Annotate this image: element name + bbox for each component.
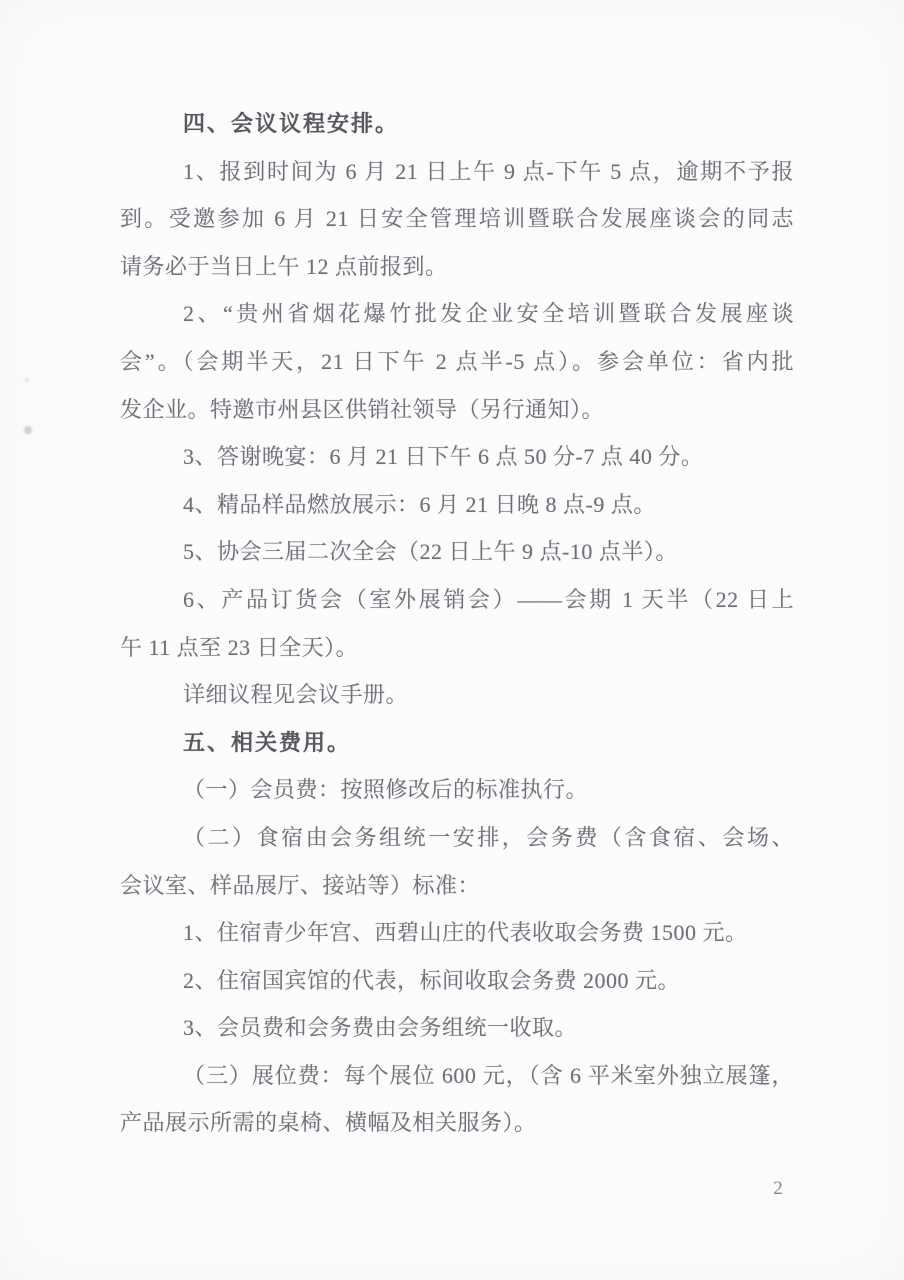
heading-line: 五、相关费用。 [120, 719, 794, 767]
text-line: 到。受邀参加 6 月 21 日安全管理培训暨联合发展座谈会的同志 [120, 195, 794, 243]
heading-line: 四、会议议程安排。 [120, 100, 794, 148]
text-line: 3、答谢晚宴：6 月 21 日下午 6 点 50 分-7 点 40 分。 [120, 433, 794, 481]
text-block: 四、会议议程安排。1、报到时间为 6 月 21 日上午 9 点-下午 5 点，逾… [120, 100, 794, 1147]
text-line: 午 11 点至 23 日全天）。 [120, 624, 794, 672]
text-line: 发企业。特邀市州县区供销社领导（另行通知）。 [120, 386, 794, 434]
text-line: 会”。（会期半天，21 日下午 2 点半-5 点）。参会单位：省内批 [120, 338, 794, 386]
text-line: 4、精品样品燃放展示：6 月 21 日晚 8 点-9 点。 [120, 481, 794, 529]
text-line: （一）会员费：按照修改后的标准执行。 [120, 766, 794, 814]
page-number: 2 [766, 1178, 790, 1200]
text-line: 1、报到时间为 6 月 21 日上午 9 点-下午 5 点，逾期不予报 [120, 148, 794, 196]
scan-speck [25, 378, 29, 382]
text-line: 2、“贵州省烟花爆竹批发企业安全培训暨联合发展座谈 [120, 290, 794, 338]
text-line: 5、协会三届二次全会（22 日上午 9 点-10 点半）。 [120, 528, 794, 576]
text-line: 产品展示所需的桌椅、横幅及相关服务）。 [120, 1099, 794, 1147]
text-line: （三）展位费：每个展位 600 元，（含 6 平米室外独立展篷， [120, 1052, 794, 1100]
text-line: 请务必于当日上午 12 点前报到。 [120, 243, 794, 291]
text-line: 3、会员费和会务费由会务组统一收取。 [120, 1004, 794, 1052]
text-line: 详细议程见会议手册。 [120, 671, 794, 719]
text-line: 会议室、样品展厅、接站等）标准： [120, 862, 794, 910]
text-line: 1、住宿青少年宫、西碧山庄的代表收取会务费 1500 元。 [120, 909, 794, 957]
document-page: 四、会议议程安排。1、报到时间为 6 月 21 日上午 9 点-下午 5 点，逾… [0, 0, 904, 1280]
scan-speck [24, 426, 32, 434]
text-line: （二）食宿由会务组统一安排，会务费（含食宿、会场、 [120, 814, 794, 862]
text-line: 2、住宿国宾馆的代表，标间收取会务费 2000 元。 [120, 957, 794, 1005]
text-line: 6、产品订货会（室外展销会）——会期 1 天半（22 日上 [120, 576, 794, 624]
